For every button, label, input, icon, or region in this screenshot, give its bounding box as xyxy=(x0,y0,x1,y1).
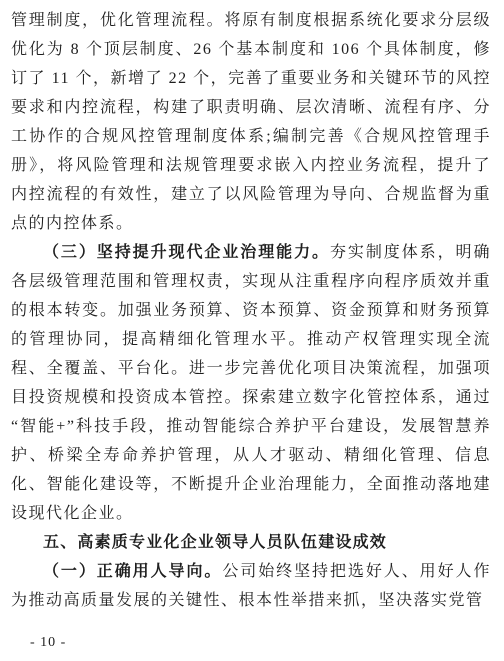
paragraph: 管理制度，优化管理流程。将原有制度根据系统化要求分层级优化为 8 个顶层制度、2… xyxy=(11,6,491,238)
paragraph-lead-bold: 五、高素质专业化企业领导人员队伍建设成效 xyxy=(43,534,387,551)
paragraph-lead-bold: （一）正确用人导向。 xyxy=(43,563,222,580)
section-heading: 五、高素质专业化企业领导人员队伍建设成效 xyxy=(11,528,491,557)
paragraph: （三）坚持提升现代企业治理能力。夯实制度体系，明确各层级管理范围和管理权责，实现… xyxy=(11,238,491,528)
document-body: 管理制度，优化管理流程。将原有制度根据系统化要求分层级优化为 8 个顶层制度、2… xyxy=(11,6,491,615)
page-number: - 10 - xyxy=(30,635,66,651)
document-page: 管理制度，优化管理流程。将原有制度根据系统化要求分层级优化为 8 个顶层制度、2… xyxy=(0,0,504,661)
paragraph: （一）正确用人导向。公司始终坚持把选好人、用好人作为推动高质量发展的关键性、根本… xyxy=(11,557,491,615)
paragraph-text: 夯实制度体系，明确各层级管理范围和管理权责，实现从注重程序向程序质效并重的根本转… xyxy=(11,244,491,522)
paragraph-text: 管理制度，优化管理流程。将原有制度根据系统化要求分层级优化为 8 个顶层制度、2… xyxy=(11,12,491,232)
paragraph-lead-bold: （三）坚持提升现代企业治理能力。 xyxy=(43,244,330,261)
